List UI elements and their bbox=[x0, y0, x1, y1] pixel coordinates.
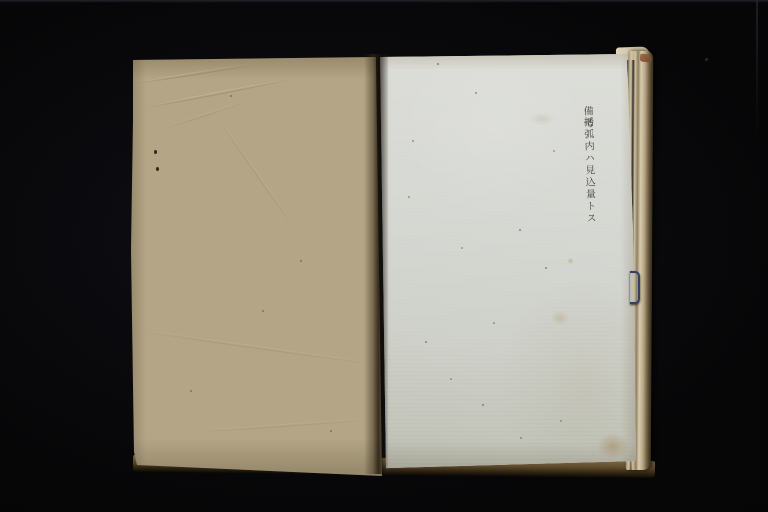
photo-backdrop: 備考括弧内ハ見込量トス bbox=[0, 0, 768, 512]
paper-stain bbox=[548, 308, 572, 328]
paper-stain bbox=[592, 429, 634, 463]
annotation-heading: 備考 bbox=[579, 106, 594, 130]
right-page: 備考括弧内ハ見込量トス bbox=[378, 53, 636, 471]
paper-crease bbox=[198, 418, 368, 433]
annotation-body: 括弧内ハ見込量トス bbox=[579, 117, 596, 225]
paper-crease bbox=[134, 329, 382, 367]
handwritten-annotation: 備考括弧内ハ見込量トス bbox=[577, 106, 597, 266]
binding-clip bbox=[630, 271, 640, 304]
paper-fleck bbox=[330, 430, 332, 432]
page-gutter-shadow bbox=[364, 54, 388, 474]
wormhole-dot bbox=[156, 167, 159, 171]
paper-crease bbox=[143, 78, 291, 110]
paper-crease bbox=[160, 100, 247, 131]
paper-fleck bbox=[230, 95, 232, 97]
book: 備考括弧内ハ見込量トス bbox=[0, 0, 768, 512]
paper-specks bbox=[437, 63, 439, 65]
wormhole-dot bbox=[154, 150, 157, 154]
paper-crease bbox=[217, 117, 300, 233]
paper-fleck bbox=[262, 310, 264, 312]
paper-crease bbox=[137, 63, 256, 85]
paper-fleck bbox=[300, 260, 302, 262]
paper-stain bbox=[566, 257, 575, 265]
left-page bbox=[128, 54, 382, 476]
paper-fleck bbox=[190, 390, 192, 392]
paper-stain bbox=[526, 111, 558, 127]
